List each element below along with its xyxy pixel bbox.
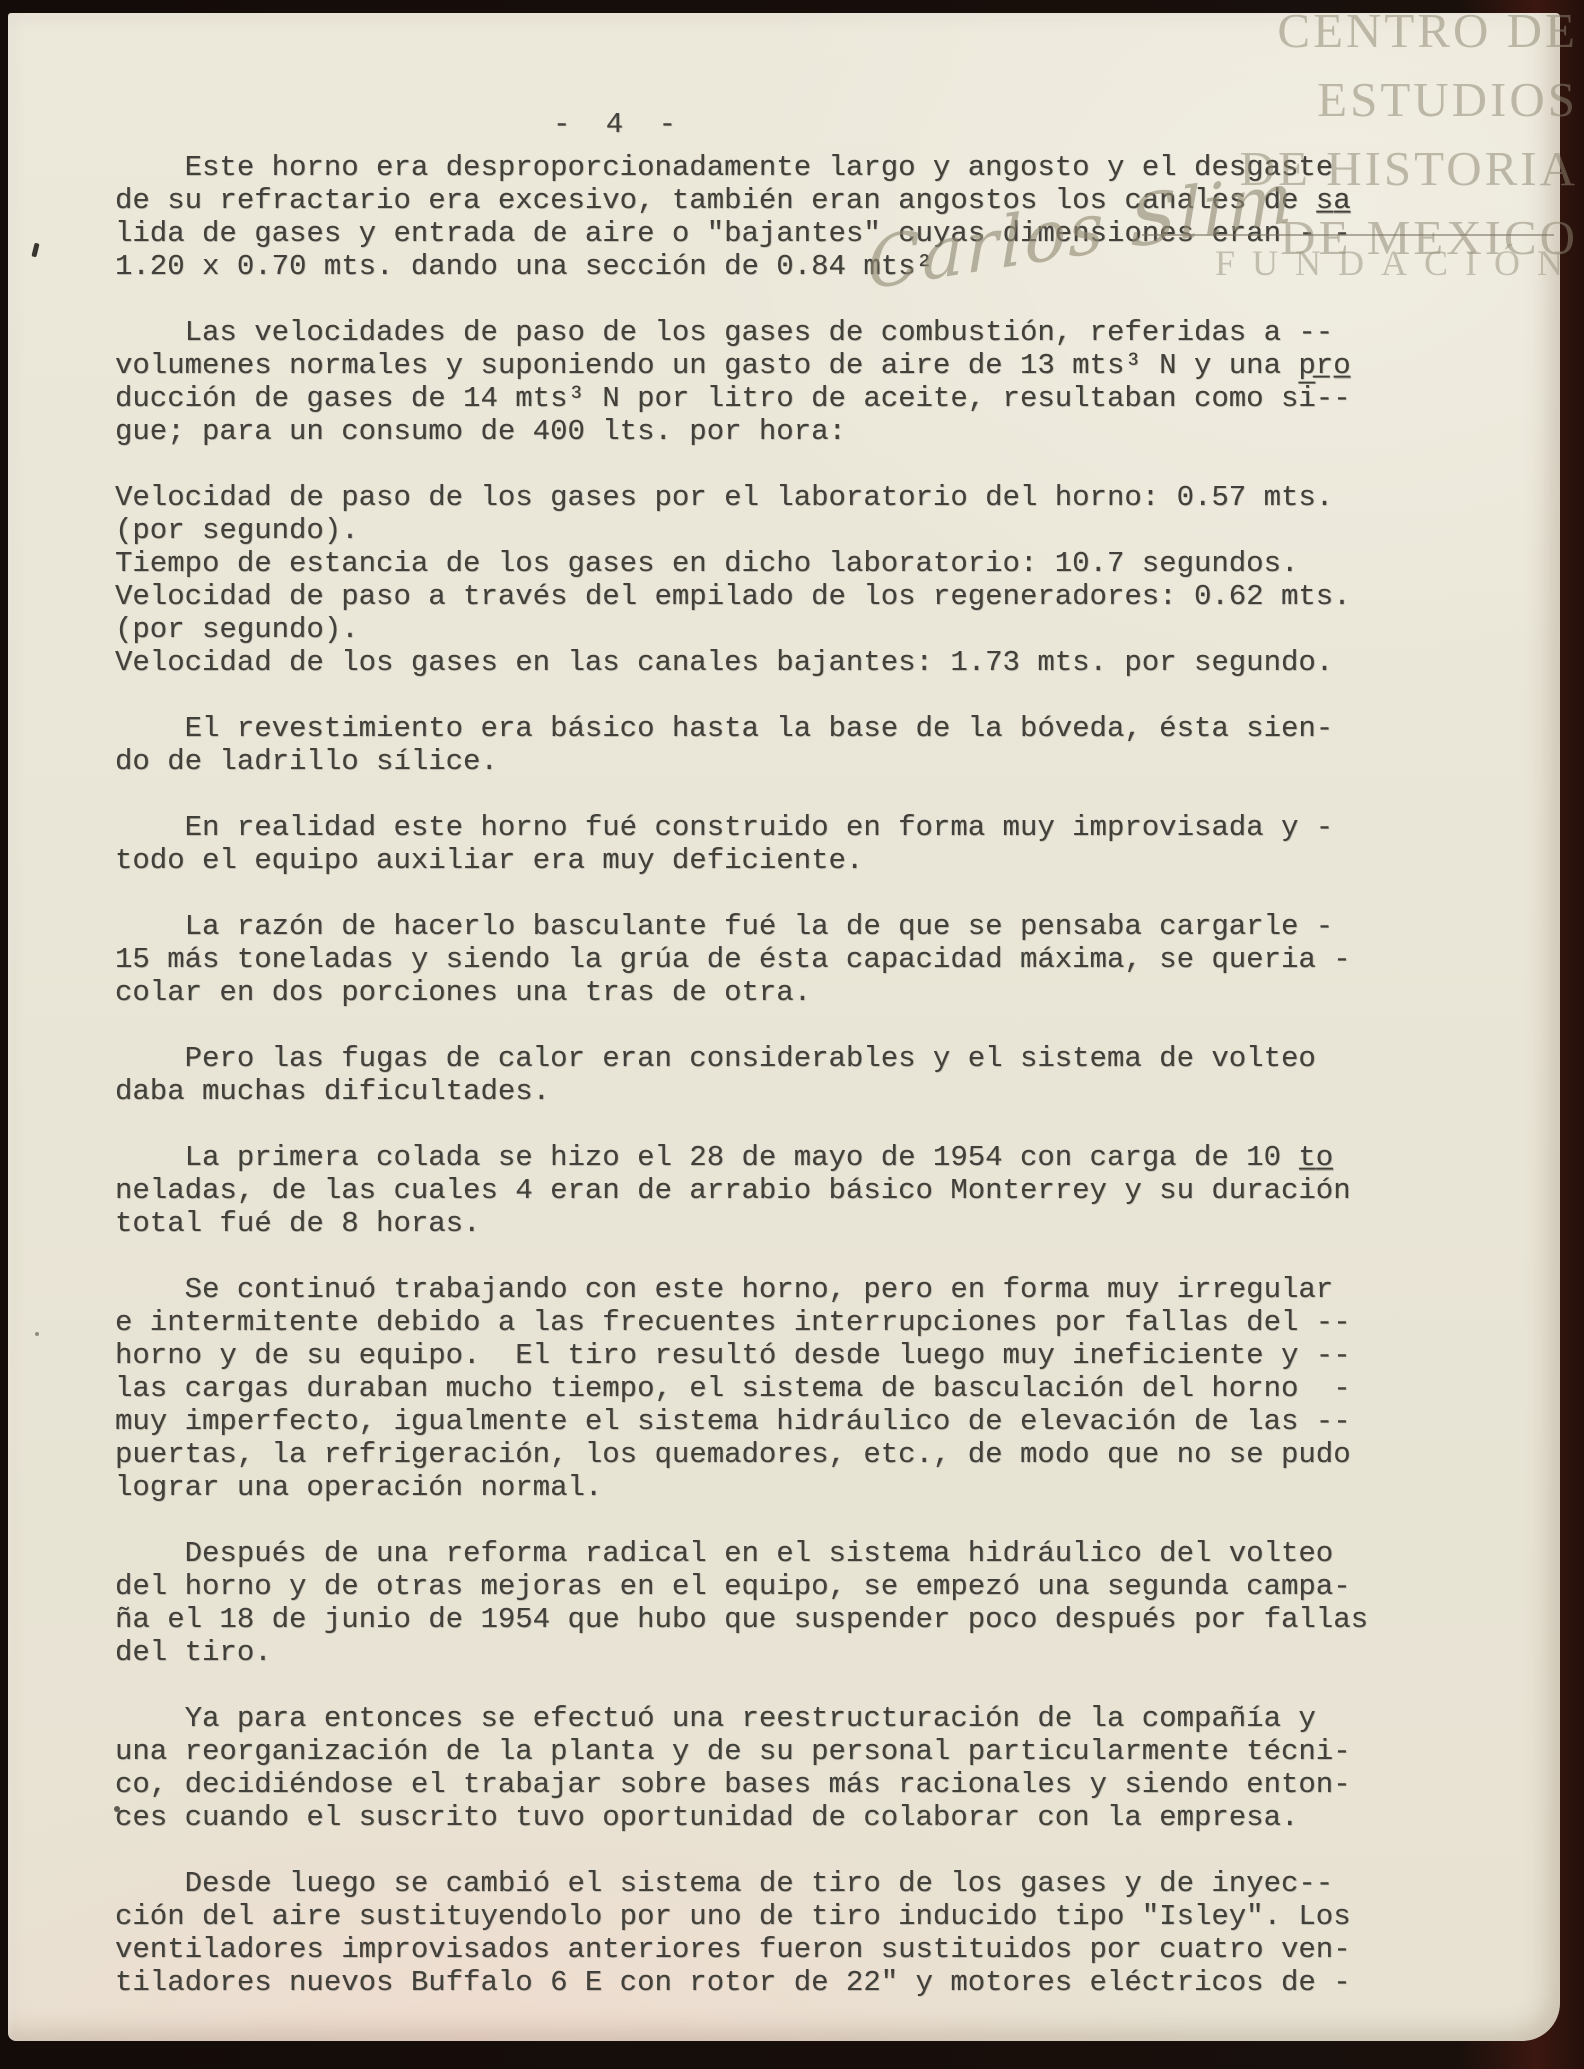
scanned-document-photo: { "page_number": "- 4 -", "watermark": {… [0,0,1584,2069]
ink-speck [114,1806,120,1812]
page-number: - 4 - [553,108,685,141]
watermark-divider-line [1142,234,1554,236]
typewritten-page: - 4 - Este horno era desproporcionadamen… [8,13,1560,2041]
ink-speck [35,1332,39,1336]
document-body-text: Este horno era desproporcionadamente lar… [115,151,1445,1999]
ink-speck [31,243,39,258]
